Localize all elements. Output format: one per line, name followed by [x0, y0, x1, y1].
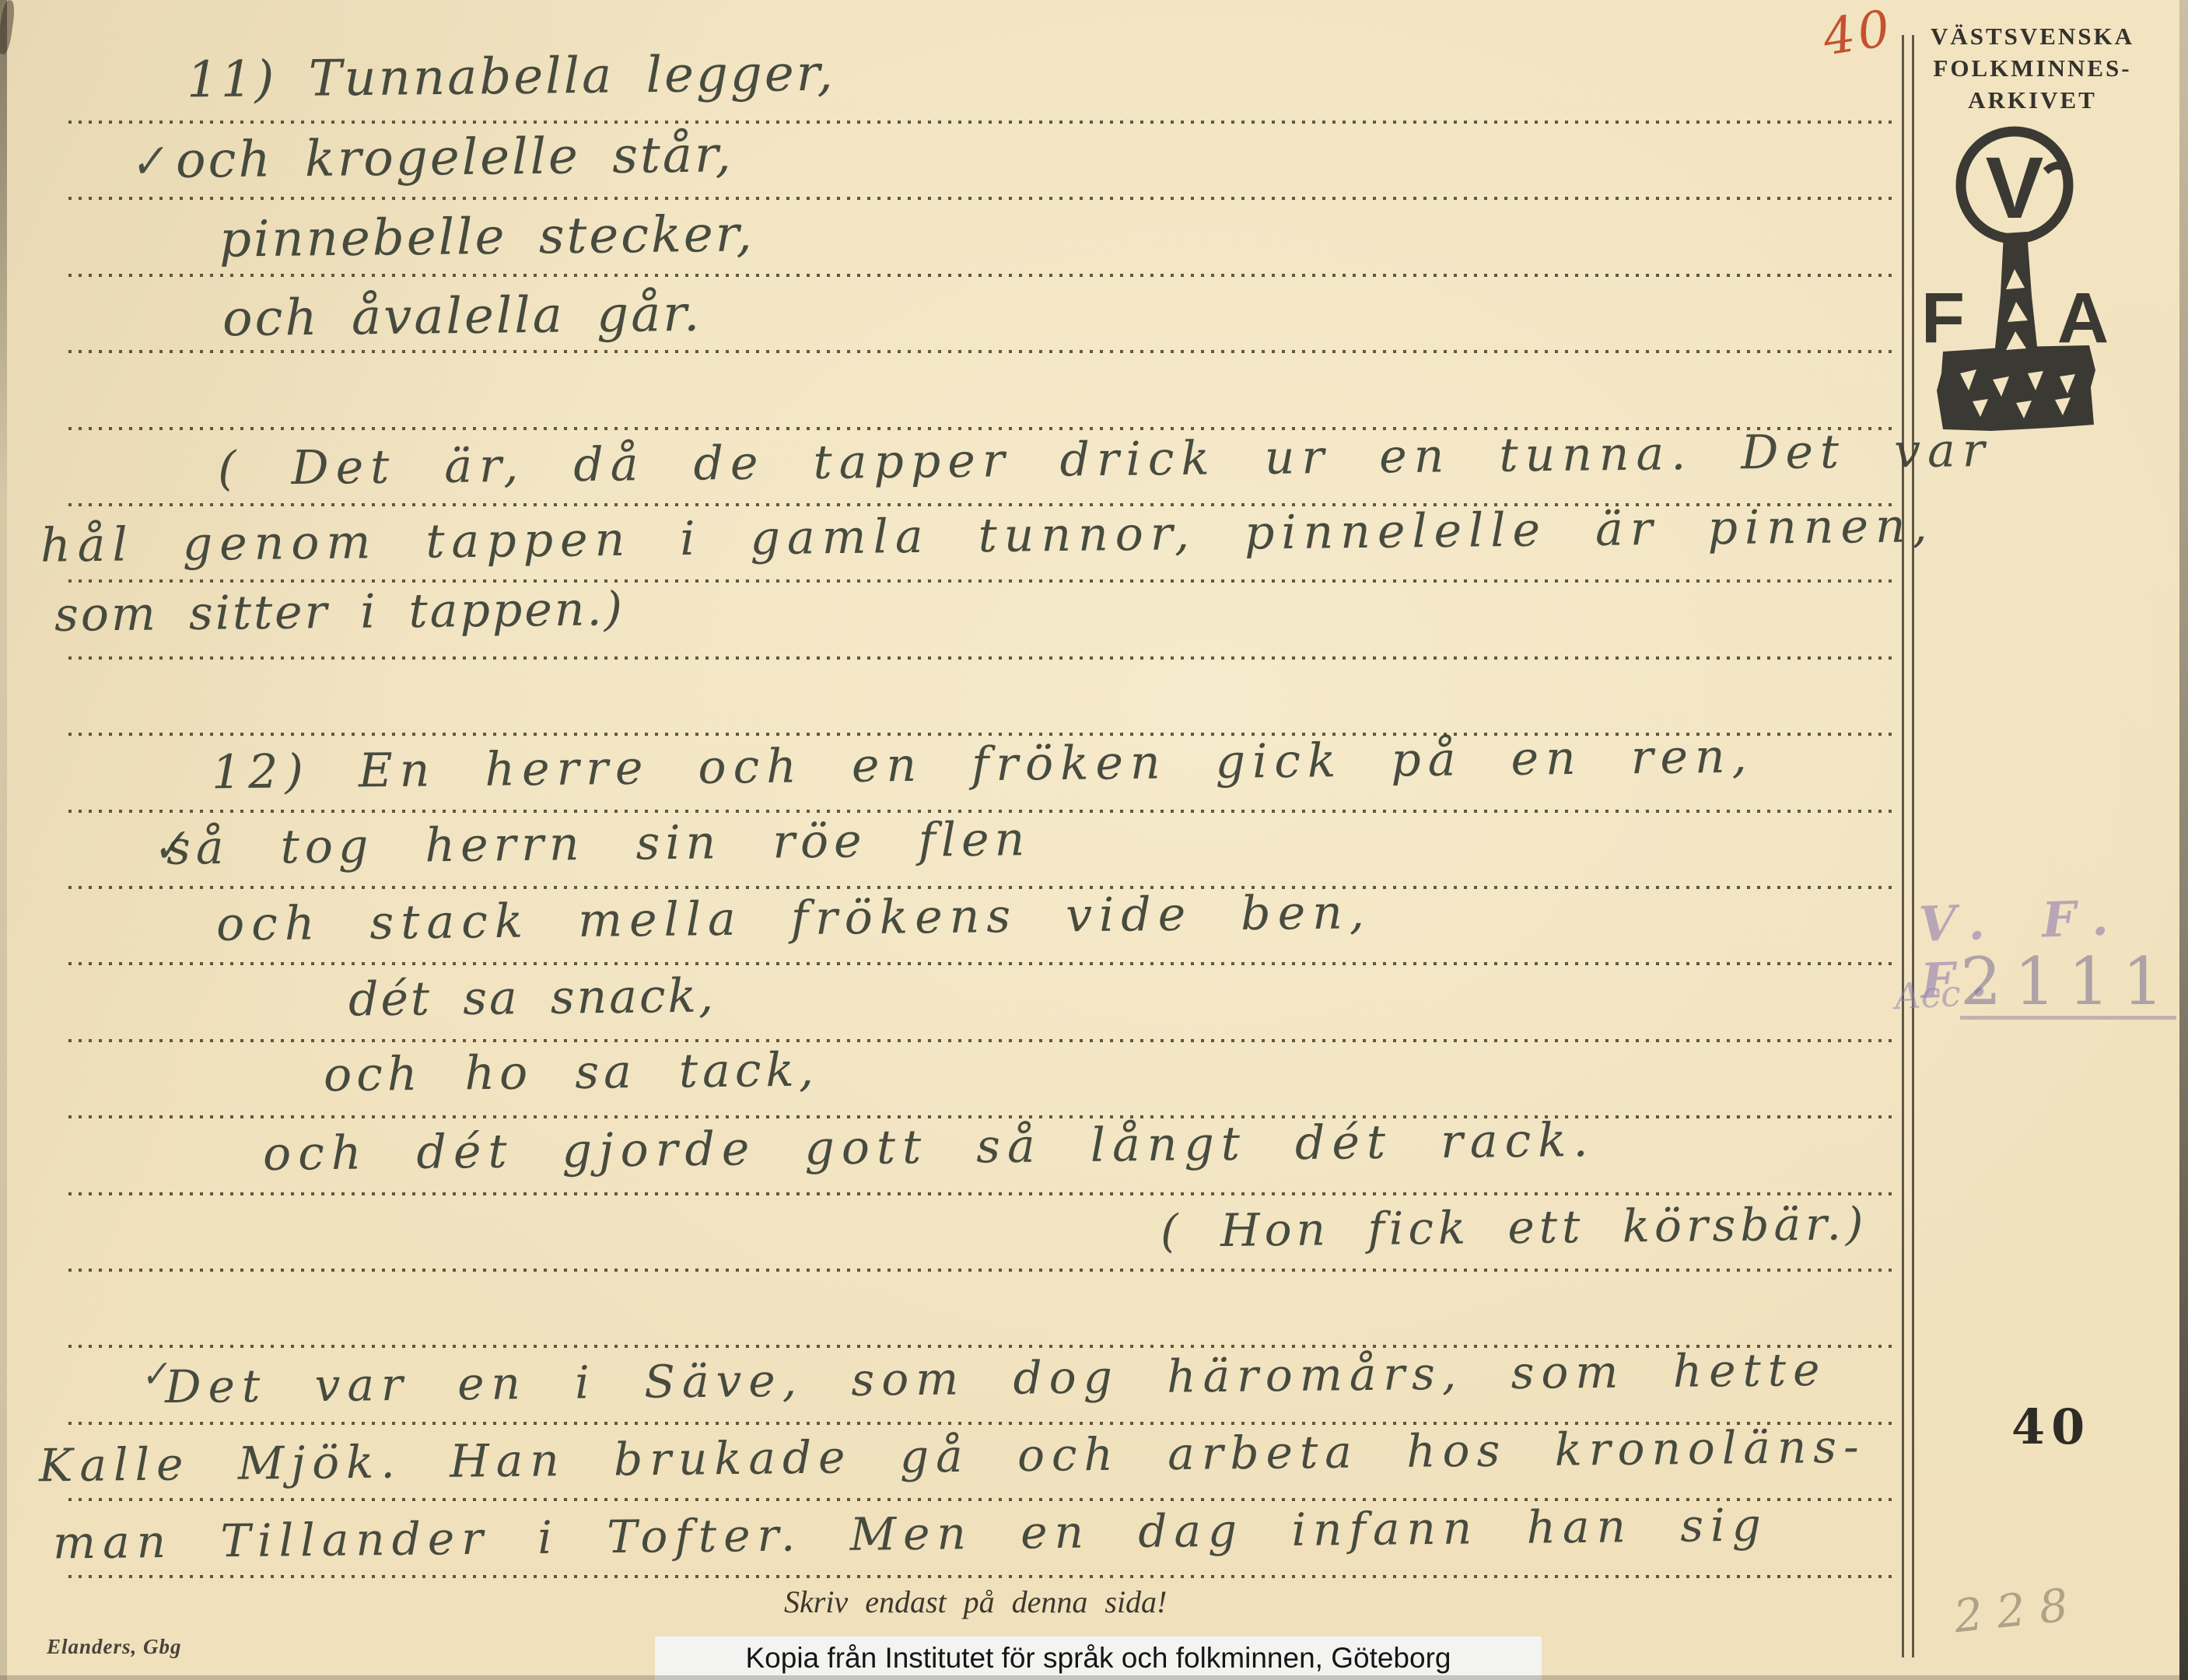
handwritten-line: ( Hon fick ett körsbär.)	[1161, 1197, 1868, 1258]
handwritten-line: och ho sa tack,	[324, 1043, 819, 1103]
dotted-rule	[68, 197, 1898, 200]
dotted-rule	[68, 1039, 1898, 1042]
logo-letter-a: A	[2057, 278, 2109, 358]
dotted-rule	[68, 1575, 1898, 1578]
handwritten-line: och dét gjorde gott så långt dét rack.	[263, 1113, 1595, 1181]
accession-label: Acc	[1894, 972, 1962, 1017]
scan-edge-left	[0, 0, 7, 1680]
dotted-rule	[68, 579, 1898, 583]
handwritten-line: hål genom tappen i gamla tunnor, pinnele…	[40, 499, 1934, 572]
handwritten-line: och krogelelle står,	[176, 126, 734, 190]
printer-mark: Elanders, Gbg	[47, 1635, 182, 1659]
scan-edge-right	[2179, 0, 2188, 1680]
handwritten-line: Det var en i Säve, som dog häromårs, som…	[165, 1343, 1827, 1413]
handwritten-line: och stack mella frökens vide ben,	[216, 885, 1372, 952]
scan-edge-bottom	[0, 1675, 2188, 1680]
archive-name: VÄSTSVENSKA FOLKMINNES- ARKIVET	[1912, 20, 2153, 116]
checkmark-annotation: ✓	[126, 135, 170, 190]
handwritten-line: 12) En herre och en fröken gick på en re…	[212, 730, 1754, 800]
dotted-rule	[68, 350, 1898, 353]
handwritten-line: 11) Tunnabella legger,	[187, 45, 835, 110]
red-page-number: 40	[1819, 0, 1897, 68]
dotted-rule	[68, 1269, 1898, 1272]
handwritten-line: pinnebelle stecker,	[219, 205, 754, 268]
handwritten-line: så tog herrn sin röe flen	[166, 812, 1031, 876]
print-instruction: Skriv endast på denna sida!	[784, 1584, 1167, 1620]
dotted-rule	[68, 656, 1898, 660]
dotted-rule	[68, 1192, 1898, 1195]
dotted-rule	[68, 274, 1898, 277]
copy-notice-text: Kopia från Institutet för språk och folk…	[746, 1642, 1451, 1675]
dotted-rule	[68, 121, 1898, 124]
logo-letter-f: F	[1921, 278, 1965, 358]
archive-name-line2: FOLKMINNES-	[1912, 52, 2153, 84]
dotted-rule	[68, 962, 1898, 965]
handwritten-line: och åvalella går.	[222, 285, 702, 348]
copy-notice-strip: Kopia från Institutet för språk och folk…	[655, 1636, 1542, 1680]
pencil-number: 228	[1952, 1577, 2085, 1643]
archive-name-line1: VÄSTSVENSKA	[1912, 20, 2153, 52]
dotted-rule	[68, 1115, 1898, 1118]
accession-number: 2111	[1960, 947, 2176, 1020]
handwritten-line: man Tillander i Tofter. Men en dag infan…	[53, 1498, 1768, 1569]
logo-letter-v: V	[1986, 139, 2044, 236]
handwritten-line: ( Det är, då de tapper drick ur en tunna…	[218, 423, 1992, 496]
handwritten-line: som sitter i tappen.)	[54, 582, 625, 642]
manuscript-page: 11) Tunnabella legger, ✓ och krogelelle …	[0, 0, 2188, 1680]
handwritten-line: dét sa snack,	[348, 969, 716, 1027]
vfa-thor-hammer-logo-icon: V F A	[1898, 117, 2131, 490]
archive-name-line3: ARKIVET	[1912, 84, 2153, 116]
dotted-rule	[68, 886, 1898, 889]
printed-page-number: 40	[2011, 1398, 2091, 1455]
handwritten-line: Kalle Mjök. Han brukade gå och arbeta ho…	[39, 1420, 1866, 1493]
